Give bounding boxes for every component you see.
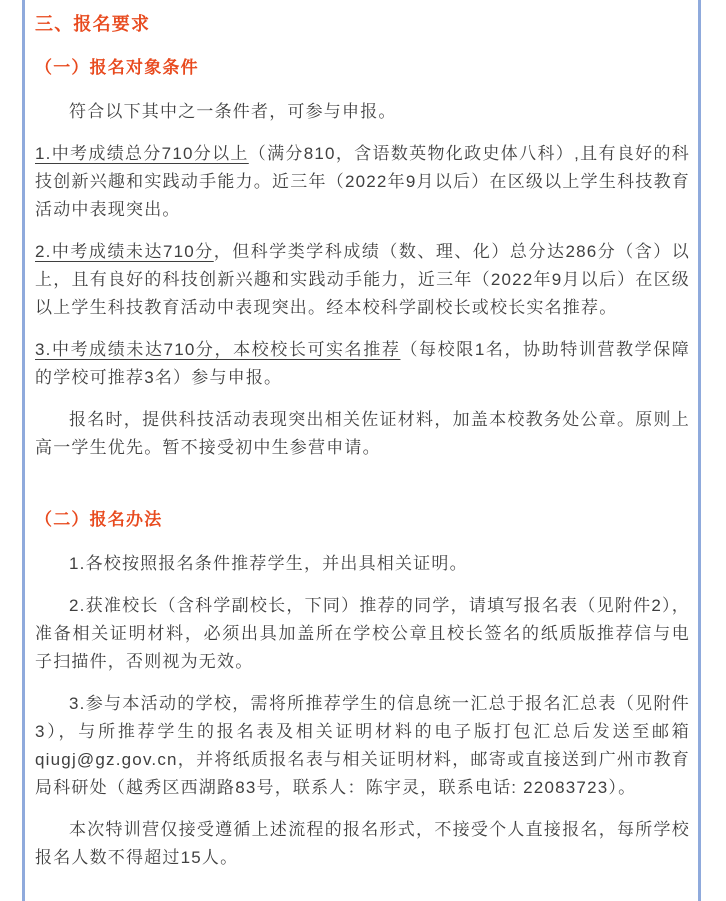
paragraph-intro: 符合以下其中之一条件者，可参与申报。 bbox=[35, 98, 690, 126]
paragraph-method-1: 1.各校按照报名条件推荐学生，并出具相关证明。 bbox=[35, 550, 690, 578]
section-registration-conditions: （一）报名对象条件 符合以下其中之一条件者，可参与申报。 1.中考成绩总分710… bbox=[35, 56, 690, 462]
article-body: 三、报名要求 （一）报名对象条件 符合以下其中之一条件者，可参与申报。 1.中考… bbox=[35, 12, 690, 886]
paragraph-condition-3: 3.中考成绩未达710分，本校校长可实名推荐（每校限1名，协助特训营教学保障的学… bbox=[35, 336, 690, 392]
text-segment: 报名时，提供科技活动表现突出相关佐证材料，加盖本校教务处公章。原则上高一学生优先… bbox=[35, 410, 690, 457]
text-segment: 3.参与本活动的学校，需将所推荐学生的信息统一汇总于报名汇总表（见附件3），与所… bbox=[35, 694, 690, 797]
paragraph-method-3: 3.参与本活动的学校，需将所推荐学生的信息统一汇总于报名汇总表（见附件3），与所… bbox=[35, 690, 690, 802]
text-segment: 本次特训营仅接受遵循上述流程的报名形式，不接受个人直接报名，每所学校报名人数不得… bbox=[35, 820, 690, 867]
paragraph-closing-note: 本次特训营仅接受遵循上述流程的报名形式，不接受个人直接报名，每所学校报名人数不得… bbox=[35, 816, 690, 872]
paragraph-method-2: 2.获准校长（含科学副校长，下同）推荐的同学，请填写报名表（见附件2），准备相关… bbox=[35, 592, 690, 676]
section-registration-method: （二）报名办法 1.各校按照报名条件推荐学生，并出具相关证明。 2.获准校长（含… bbox=[35, 508, 690, 872]
text-segment: 符合以下其中之一条件者，可参与申报。 bbox=[69, 102, 397, 121]
text-segment: 1.各校按照报名条件推荐学生，并出具相关证明。 bbox=[69, 554, 468, 573]
document-title: 三、报名要求 bbox=[35, 12, 690, 36]
left-border-line bbox=[22, 0, 25, 901]
paragraph-condition-1: 1.中考成绩总分710分以上（满分810，含语数英物化政史体八科）,且有良好的科… bbox=[35, 140, 690, 224]
paragraph-condition-2: 2.中考成绩未达710分，但科学类学科成绩（数、理、化）总分达286分（含）以上… bbox=[35, 238, 690, 322]
underlined-text: 2.中考成绩未达710分 bbox=[35, 242, 214, 261]
text-segment: 2.获准校长（含科学副校长，下同）推荐的同学，请填写报名表（见附件2），准备相关… bbox=[35, 596, 690, 671]
right-border-line bbox=[698, 0, 701, 901]
underlined-text: 3.中考成绩未达710分，本校校长可实名推荐 bbox=[35, 340, 400, 359]
section-1-heading: （一）报名对象条件 bbox=[35, 56, 690, 80]
paragraph-materials-note: 报名时，提供科技活动表现突出相关佐证材料，加盖本校教务处公章。原则上高一学生优先… bbox=[35, 406, 690, 462]
section-2-heading: （二）报名办法 bbox=[35, 508, 690, 532]
underlined-text: 1.中考成绩总分710分以上 bbox=[35, 144, 249, 163]
